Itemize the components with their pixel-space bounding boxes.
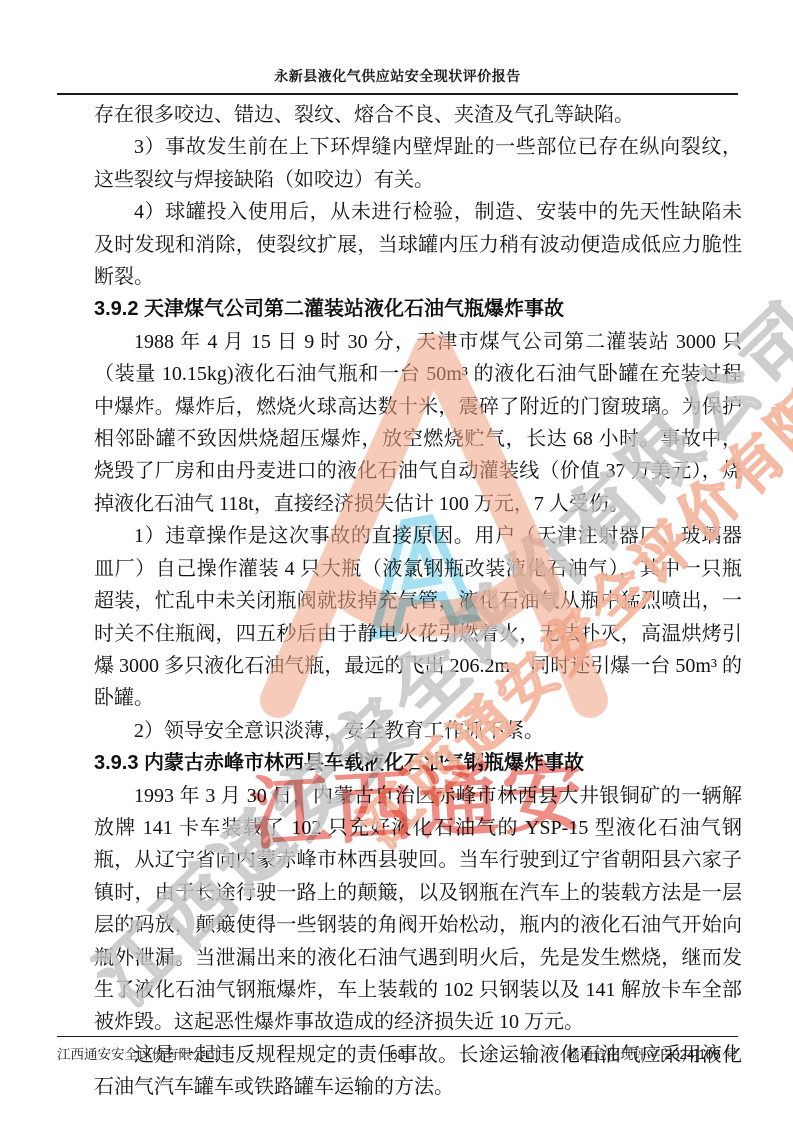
paragraph: 存在很多咬边、错边、裂纹、熔合不良、夹渣及气孔等缺陷。: [94, 99, 742, 131]
paragraph: 1988 年 4 月 15 日 9 时 30 分，天津市煤气公司第二灌装站 30…: [94, 326, 742, 520]
section-heading: 3.9.2 天津煤气公司第二灌装站液化石油气瓶爆炸事故: [94, 293, 742, 325]
paragraph: 2）领导安全意识淡薄，安全教育工作抓不紧。: [94, 715, 742, 747]
section-heading: 3.9.3 内蒙古赤峰市林西县车载液化石油气钢瓶爆炸事故: [94, 747, 742, 779]
footer-doc-number: 赣通危化现评字[2024]106 号: [405, 1043, 738, 1063]
page-footer: 江西通安安全评价有限公司 68 赣通危化现评字[2024]106 号: [57, 1036, 738, 1063]
page-header: 永新县液化气供应站安全现状评价报告: [57, 66, 738, 95]
paragraph: 3）事故发生前在上下环焊缝内壁焊趾的一些部位已存在纵向裂纹，这些裂纹与焊接缺陷（…: [94, 131, 742, 196]
page-header-title: 永新县液化气供应站安全现状评价报告: [274, 68, 521, 84]
paragraph: 1993 年 3 月 30 日，内蒙古自治区赤峰市林西县大井银铜矿的一辆解放牌 …: [94, 780, 742, 1039]
paragraph: 1）违章操作是这次事故的直接原因。用户（天津注射器厂、玻璃器皿厂）自己操作灌装 …: [94, 520, 742, 714]
paragraph: 4）球罐投入使用后，从未进行检验，制造、安装中的先天性缺陷未及时发现和消除，使裂…: [94, 196, 742, 293]
document-body: 存在很多咬边、错边、裂纹、熔合不良、夹渣及气孔等缺陷。3）事故发生前在上下环焊缝…: [94, 99, 742, 1104]
footer-company: 江西通安安全评价有限公司: [57, 1043, 390, 1063]
report-page: 永新县液化气供应站安全现状评价报告 存在很多咬边、错边、裂纹、熔合不良、夹渣及气…: [0, 0, 793, 1122]
footer-page-number: 68: [390, 1047, 405, 1062]
